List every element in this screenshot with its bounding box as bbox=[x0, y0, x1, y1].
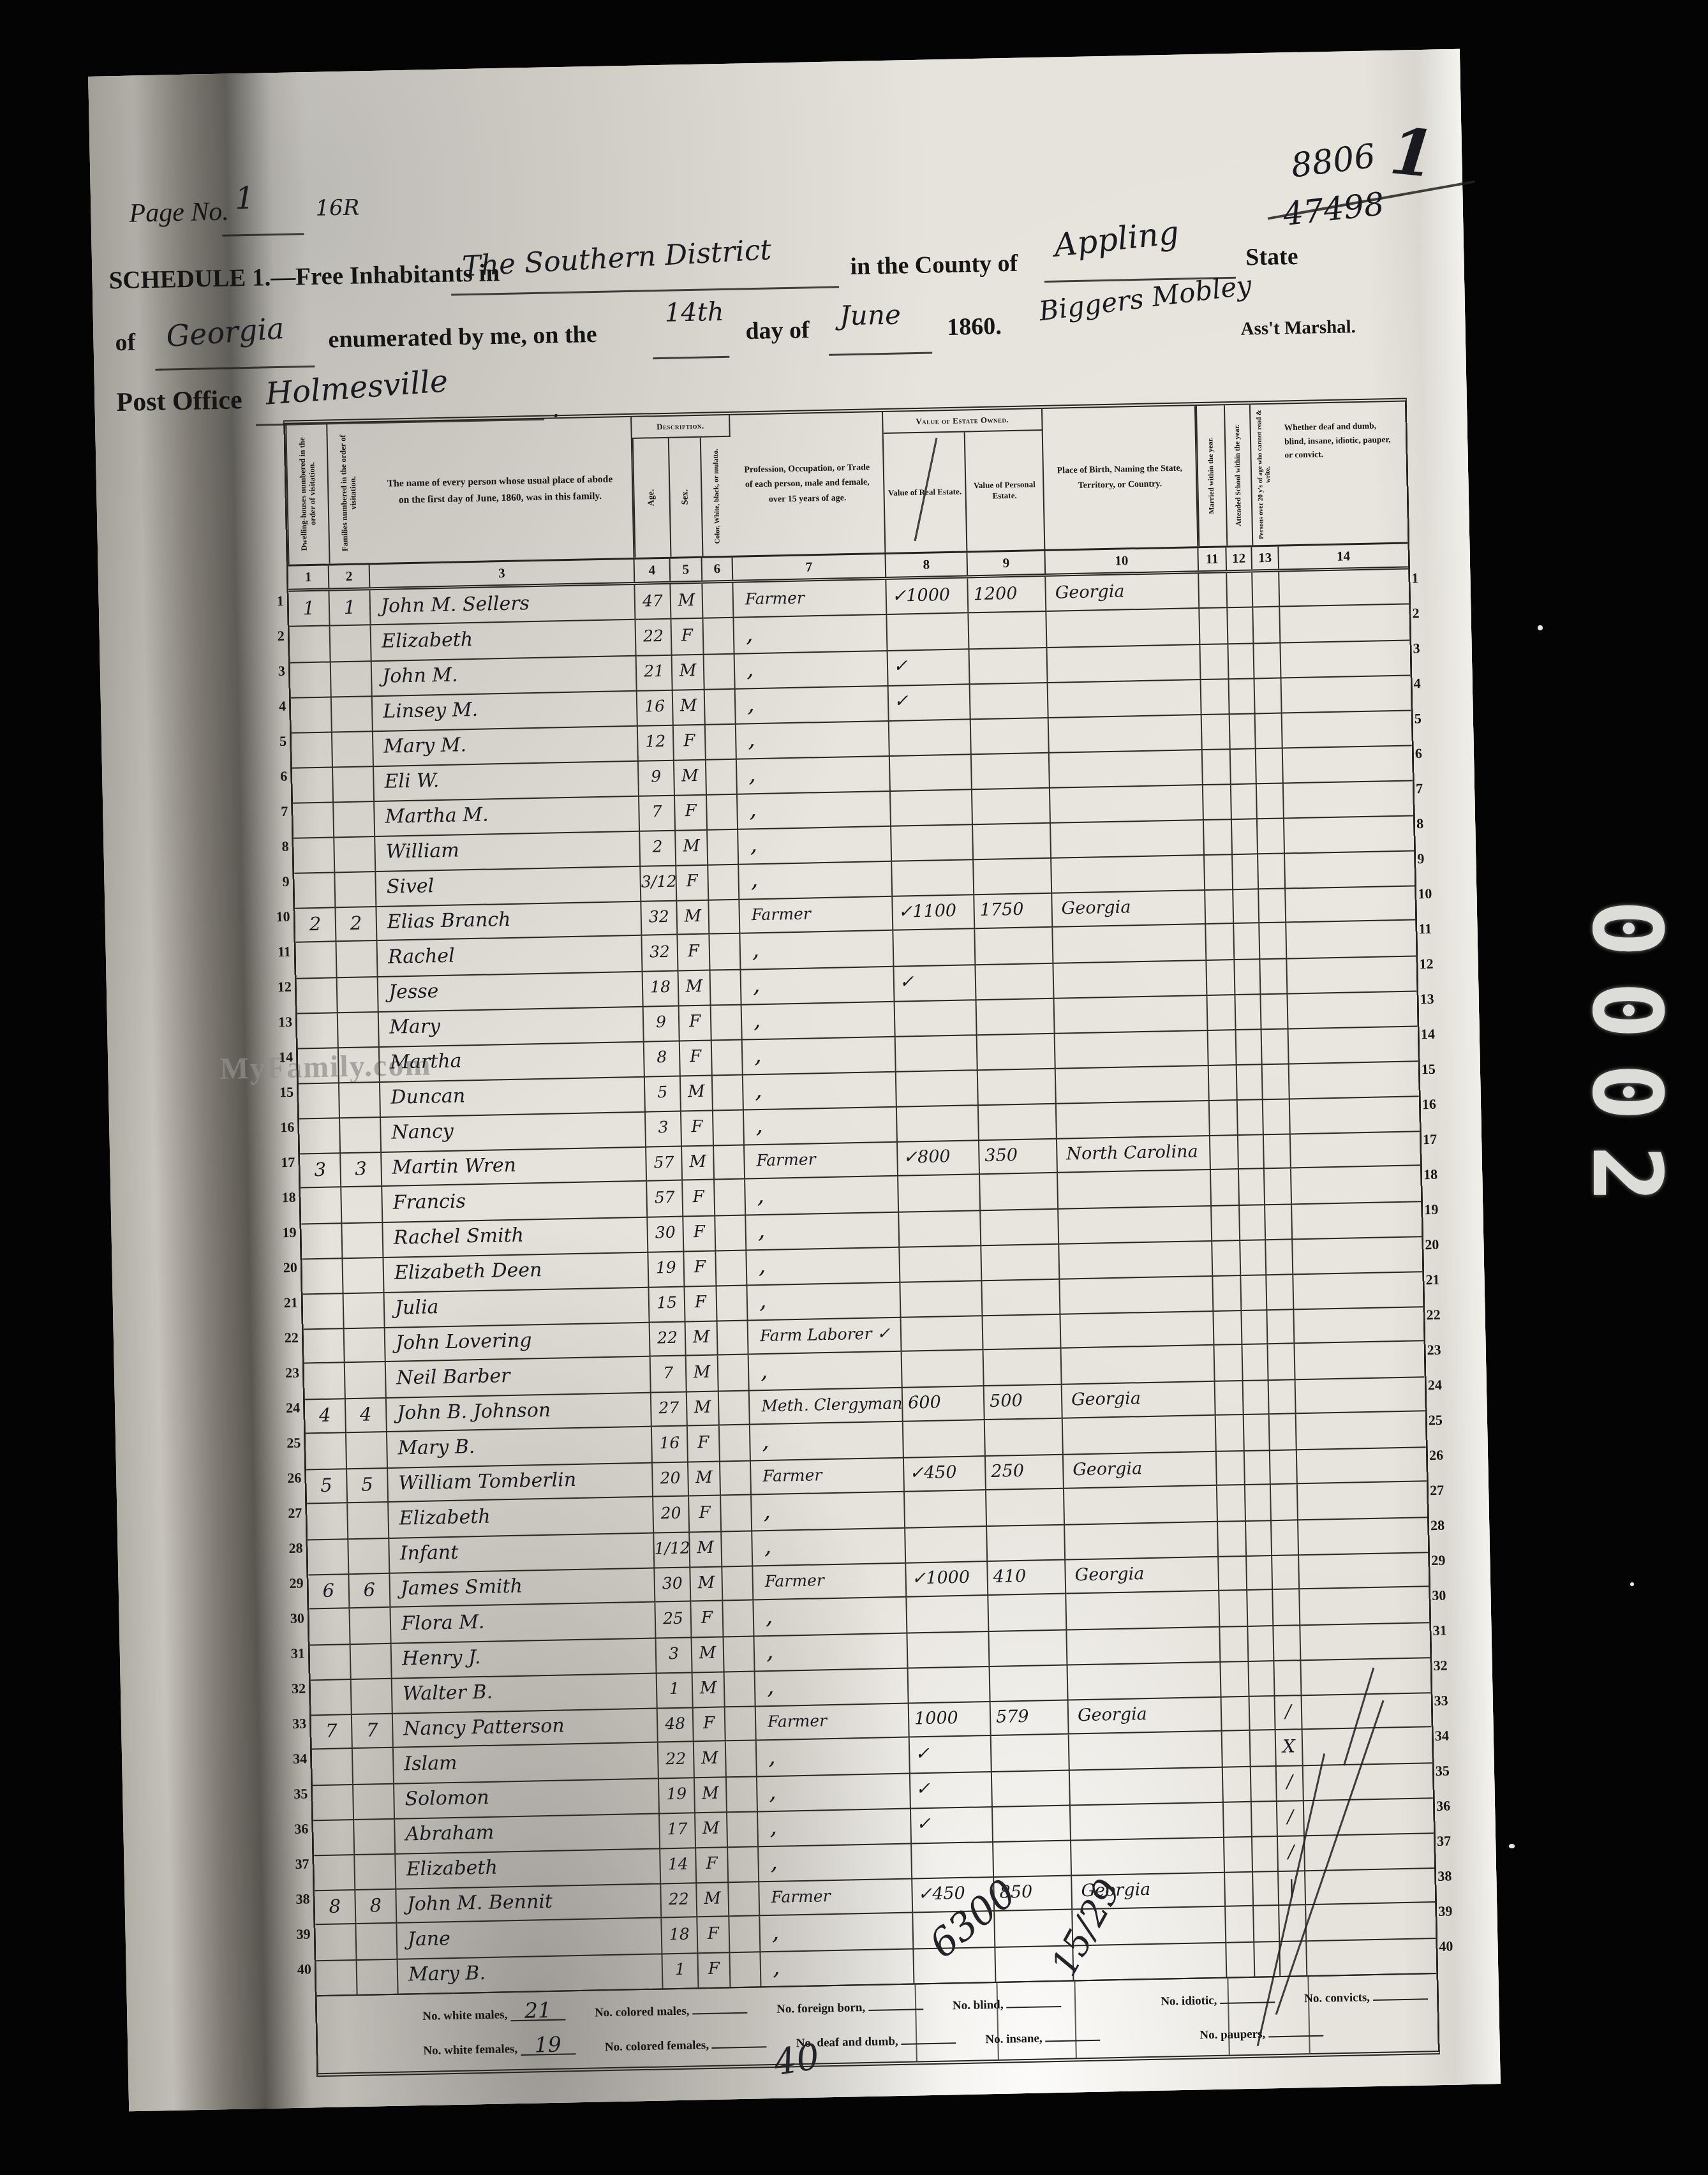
cell-real-estate bbox=[891, 824, 974, 862]
ditto-tick: , bbox=[758, 1252, 766, 1279]
cell-real-estate bbox=[900, 1245, 982, 1283]
cell-color bbox=[722, 1565, 754, 1601]
cell-sex: M bbox=[672, 654, 705, 691]
col-header-personal-estate: Value of Personal Estate. bbox=[965, 431, 1046, 551]
cell-family-number bbox=[338, 976, 379, 1013]
cell-personal-estate bbox=[972, 787, 1051, 825]
ditto-tick: , bbox=[768, 1744, 776, 1770]
cell-married bbox=[1205, 854, 1233, 891]
cell-deaf bbox=[1290, 1095, 1420, 1134]
post-office-value: Holmesville bbox=[264, 363, 449, 412]
cell-birthplace bbox=[1058, 1205, 1212, 1245]
cell-sex: F bbox=[684, 1251, 717, 1288]
cell-family-number bbox=[345, 1362, 387, 1399]
cell-dwelling-number bbox=[308, 1538, 349, 1575]
cell-deaf bbox=[1281, 674, 1411, 713]
cell-age: 21 bbox=[637, 655, 673, 692]
footer-item-label: No. convicts, bbox=[1304, 1991, 1370, 2005]
cell-deaf bbox=[1298, 1481, 1427, 1520]
row-number: 7 bbox=[260, 794, 288, 829]
cell-color bbox=[728, 1846, 759, 1883]
cell-color bbox=[718, 1320, 749, 1356]
row-number: 38 bbox=[281, 1882, 310, 1917]
cell-cannot-read: / bbox=[1277, 1800, 1305, 1837]
row-number: 11 bbox=[1418, 910, 1447, 946]
cell-married bbox=[1224, 1836, 1253, 1873]
cell-age: 19 bbox=[648, 1251, 685, 1288]
cell-birthplace bbox=[1053, 924, 1207, 964]
column-number: 13 bbox=[1252, 547, 1279, 570]
cell-deaf bbox=[1285, 850, 1415, 889]
cell-deaf bbox=[1280, 605, 1409, 644]
cell-married bbox=[1214, 1345, 1243, 1382]
cell-dwelling-number bbox=[312, 1749, 353, 1786]
cell-cannot-read bbox=[1274, 1624, 1301, 1661]
cell-birthplace bbox=[1055, 1030, 1209, 1069]
cell-color bbox=[714, 1145, 745, 1180]
cell-family-number bbox=[338, 1011, 380, 1048]
page-no-value: 1 bbox=[235, 181, 255, 217]
cell-school bbox=[1239, 1169, 1265, 1206]
cell-age: 20 bbox=[653, 1496, 690, 1533]
ditto-tick: , bbox=[772, 1954, 780, 1980]
cell-sex: F bbox=[694, 1706, 726, 1742]
col-header-profession: Profession, Occupation, or Trade of each… bbox=[730, 412, 886, 556]
ditto-tick: , bbox=[753, 972, 761, 998]
cell-married bbox=[1226, 1906, 1254, 1943]
cell-age: 32 bbox=[641, 900, 678, 936]
cell-age: 19 bbox=[659, 1777, 695, 1814]
cell-deaf bbox=[1299, 1552, 1429, 1589]
cell-personal-estate: 410 bbox=[988, 1559, 1066, 1596]
row-number: 26 bbox=[273, 1460, 302, 1496]
cell-cannot-read bbox=[1269, 1379, 1296, 1414]
cell-family-number bbox=[332, 695, 373, 732]
row-number: 20 bbox=[269, 1250, 297, 1286]
cell-deaf bbox=[1289, 1025, 1418, 1064]
cell-real-estate: ✓800 bbox=[898, 1139, 980, 1177]
ditto-tick: , bbox=[750, 831, 757, 857]
row-number: 16 bbox=[1422, 1086, 1450, 1122]
cell-birthplace bbox=[1053, 960, 1207, 999]
cell-real-estate bbox=[893, 929, 976, 967]
cell-school bbox=[1238, 1099, 1264, 1136]
county-label: in the County of bbox=[850, 249, 1018, 281]
cell-cannot-read bbox=[1256, 713, 1283, 750]
cell-cannot-read bbox=[1259, 887, 1286, 923]
col-header-cannot-read: Persons over 20 y's of age who cannot re… bbox=[1249, 405, 1279, 546]
marshal-label: Ass't Marshal. bbox=[1240, 316, 1356, 340]
footer-item-label: No. insane, bbox=[985, 2032, 1043, 2047]
ditto-tick: , bbox=[771, 1919, 779, 1945]
cell-profession: , bbox=[738, 826, 892, 865]
cell-sex: F bbox=[688, 1425, 720, 1462]
ditto-tick: , bbox=[759, 1288, 767, 1314]
footer-item-label: No. white females, bbox=[423, 2042, 517, 2058]
cell-sex: M bbox=[692, 1636, 724, 1673]
cell-real-estate bbox=[891, 789, 973, 827]
row-number: 2 bbox=[1412, 595, 1441, 631]
cell-family-number bbox=[339, 1081, 381, 1118]
cell-profession: , bbox=[738, 791, 891, 830]
row-number: 25 bbox=[1428, 1402, 1457, 1437]
cell-family-number bbox=[354, 1818, 396, 1855]
cell-profession: , bbox=[754, 1633, 908, 1672]
cell-married bbox=[1220, 1626, 1249, 1663]
cell-name: John M. Sellers bbox=[370, 585, 635, 625]
cell-family-number bbox=[330, 625, 372, 662]
cell-school bbox=[1227, 572, 1253, 608]
cell-color bbox=[709, 934, 741, 971]
cell-family-number: 4 bbox=[346, 1397, 387, 1433]
row-number: 9 bbox=[261, 864, 290, 900]
ditto-tick: , bbox=[746, 656, 754, 682]
cell-sex: F bbox=[671, 619, 704, 656]
cell-cannot-read bbox=[1274, 1659, 1302, 1696]
cell-cannot-read bbox=[1266, 1238, 1293, 1275]
col-header-married: Married within the year. bbox=[1196, 405, 1226, 546]
cell-cannot-read bbox=[1256, 748, 1284, 785]
cell-birthplace bbox=[1050, 749, 1203, 789]
cell-age: 22 bbox=[650, 1321, 687, 1356]
cell-color bbox=[708, 864, 739, 901]
cell-color bbox=[722, 1530, 753, 1567]
day-value: 14th bbox=[664, 297, 724, 328]
cell-school bbox=[1251, 1730, 1277, 1767]
cell-cannot-read bbox=[1271, 1484, 1298, 1521]
row-number: 12 bbox=[263, 969, 292, 1005]
cell-sex: F bbox=[675, 794, 708, 831]
cell-color bbox=[715, 1215, 746, 1252]
cell-cannot-read bbox=[1268, 1344, 1295, 1381]
cell-school bbox=[1245, 1450, 1271, 1485]
cell-real-estate: ✓ bbox=[889, 683, 971, 722]
row-number: 9 bbox=[1417, 840, 1446, 876]
cell-school bbox=[1240, 1239, 1266, 1276]
cell-dwelling-number bbox=[304, 1363, 346, 1400]
cell-family-number bbox=[348, 1538, 390, 1575]
cell-school bbox=[1231, 748, 1257, 785]
cell-profession: , bbox=[761, 1949, 914, 1988]
cell-age: 1 bbox=[657, 1672, 694, 1709]
cell-school bbox=[1250, 1695, 1276, 1731]
cell-sex: M bbox=[677, 900, 709, 935]
cell-family-number bbox=[333, 766, 375, 803]
cell-school bbox=[1234, 923, 1260, 960]
cell-cannot-read bbox=[1258, 818, 1285, 855]
cell-sex: M bbox=[687, 1390, 720, 1426]
cell-married bbox=[1213, 1275, 1242, 1312]
cell-school bbox=[1253, 1871, 1279, 1906]
cell-sex: F bbox=[681, 1110, 714, 1147]
cell-school bbox=[1248, 1625, 1274, 1662]
cell-real-estate bbox=[889, 718, 972, 757]
state-value: Georgia bbox=[165, 311, 286, 353]
cell-real-estate bbox=[897, 1104, 979, 1143]
cell-real-estate bbox=[907, 1631, 990, 1669]
cell-birthplace bbox=[1060, 1275, 1214, 1315]
row-number: 18 bbox=[1423, 1156, 1452, 1192]
cell-age: 16 bbox=[652, 1426, 688, 1463]
cell-cannot-read bbox=[1259, 923, 1287, 960]
cell-profession: Farmer bbox=[753, 1563, 907, 1601]
footer-item: No. colored males, bbox=[595, 1997, 748, 2021]
cell-married bbox=[1201, 678, 1230, 715]
cell-cannot-read bbox=[1260, 958, 1288, 995]
ditto-tick: , bbox=[757, 1217, 765, 1243]
cell-married bbox=[1217, 1485, 1246, 1522]
cell-color bbox=[727, 1811, 759, 1848]
cell-color bbox=[717, 1285, 748, 1322]
footer-item-value: 21 bbox=[510, 2004, 566, 2022]
ditto-tick: , bbox=[766, 1638, 774, 1665]
row-number: 26 bbox=[1429, 1437, 1457, 1473]
ditto-tick: , bbox=[748, 726, 755, 752]
cell-school bbox=[1254, 1906, 1280, 1943]
cell-personal-estate bbox=[976, 963, 1054, 1000]
cell-sex: F bbox=[698, 1952, 731, 1989]
year-label: 1860. bbox=[947, 312, 1002, 341]
cell-dwelling-number: 8 bbox=[315, 1889, 356, 1925]
cell-sex: M bbox=[681, 1075, 713, 1112]
cell-name: John M. Bennit bbox=[396, 1883, 662, 1923]
cell-profession: , bbox=[735, 650, 889, 690]
cell-sex: M bbox=[690, 1531, 722, 1568]
cell-dwelling-number bbox=[293, 801, 334, 838]
footer-item-value bbox=[901, 2027, 956, 2045]
cell-deaf bbox=[1302, 1692, 1431, 1730]
row-number: 37 bbox=[281, 1846, 309, 1882]
cell-color bbox=[724, 1635, 755, 1672]
cell-age: 30 bbox=[648, 1216, 684, 1253]
cell-dwelling-number: 7 bbox=[311, 1714, 353, 1749]
cell-profession: Farmer bbox=[756, 1703, 910, 1741]
ditto-tick: , bbox=[762, 1428, 769, 1454]
cell-school bbox=[1240, 1204, 1266, 1241]
cell-deaf bbox=[1293, 1271, 1423, 1310]
cell-family-number bbox=[331, 660, 373, 697]
cell-birthplace bbox=[1071, 1837, 1225, 1876]
row-number: 3 bbox=[1413, 630, 1441, 666]
film-speck bbox=[1538, 625, 1543, 630]
cell-married bbox=[1207, 994, 1236, 1031]
cell-school bbox=[1249, 1660, 1275, 1697]
cell-birthplace bbox=[1060, 1310, 1214, 1349]
cell-dwelling-number: 1 bbox=[288, 591, 330, 627]
cell-color bbox=[716, 1250, 747, 1287]
cell-profession: Meth. Clergyman bbox=[750, 1387, 903, 1425]
cell-profession: , bbox=[736, 685, 889, 725]
cell-school bbox=[1228, 642, 1254, 679]
cell-real-estate bbox=[896, 1069, 979, 1108]
cell-married bbox=[1207, 959, 1235, 996]
cell-dwelling-number bbox=[302, 1258, 343, 1295]
cell-married bbox=[1209, 1064, 1238, 1101]
cell-real-estate: ✓450 bbox=[904, 1455, 986, 1492]
cell-family-number bbox=[355, 1853, 396, 1890]
cell-married bbox=[1217, 1450, 1245, 1486]
cell-birthplace bbox=[1050, 784, 1204, 824]
cell-age: 9 bbox=[639, 760, 675, 797]
column-number: 7 bbox=[733, 554, 887, 580]
cell-personal-estate bbox=[990, 1665, 1068, 1702]
cell-profession: , bbox=[739, 861, 893, 900]
cell-birthplace bbox=[1069, 1732, 1223, 1771]
cell-sex: F bbox=[696, 1846, 729, 1883]
cell-profession: , bbox=[740, 931, 894, 970]
cell-age: 18 bbox=[643, 970, 679, 1007]
col-header-birthplace: Place of Birth, Naming the State, Territ… bbox=[1043, 406, 1198, 549]
col-header-sex: Sex. bbox=[668, 438, 702, 557]
cell-dwelling-number bbox=[301, 1222, 343, 1259]
row-number: 19 bbox=[268, 1215, 297, 1251]
table-header: Dwelling-houses numbered in the order of… bbox=[285, 402, 1407, 567]
row-number: 33 bbox=[1434, 1682, 1462, 1718]
row-number: 13 bbox=[1420, 981, 1448, 1016]
ditto-tick: , bbox=[749, 796, 757, 822]
cell-age: 12 bbox=[638, 725, 674, 762]
row-number: 24 bbox=[1427, 1367, 1456, 1402]
ditto-tick: , bbox=[752, 937, 759, 963]
cell-married bbox=[1215, 1380, 1244, 1416]
cell-deaf bbox=[1281, 640, 1410, 679]
cell-married bbox=[1221, 1661, 1249, 1698]
cell-color bbox=[702, 583, 734, 619]
cell-birthplace: Georgia bbox=[1052, 889, 1206, 928]
page-no-underline bbox=[222, 233, 304, 237]
cell-color bbox=[708, 829, 739, 866]
cell-married bbox=[1210, 1134, 1239, 1170]
cell-dwelling-number bbox=[315, 1924, 357, 1961]
row-number: 27 bbox=[274, 1496, 302, 1531]
cell-family-number bbox=[343, 1257, 384, 1294]
cell-real-estate bbox=[903, 1420, 986, 1459]
footer-item: No. convicts, bbox=[1304, 1983, 1428, 2006]
cell-family-number: 5 bbox=[347, 1467, 389, 1503]
stamp-top: 8806 bbox=[1289, 137, 1378, 186]
row-number: 13 bbox=[264, 1004, 292, 1040]
cell-personal-estate bbox=[981, 1243, 1060, 1281]
cell-deaf bbox=[1300, 1622, 1430, 1661]
cell-sex: M bbox=[671, 584, 703, 620]
cell-deaf bbox=[1296, 1376, 1425, 1414]
cell-married bbox=[1203, 748, 1231, 785]
row-number: 22 bbox=[270, 1320, 299, 1356]
row-number: 28 bbox=[274, 1531, 303, 1566]
cell-family-number bbox=[357, 1959, 399, 1996]
cell-personal-estate: 1200 bbox=[968, 577, 1046, 613]
row-number: 15 bbox=[1421, 1051, 1450, 1087]
district-underline bbox=[451, 286, 839, 295]
cell-age: 17 bbox=[660, 1812, 696, 1849]
cell-personal-estate bbox=[969, 647, 1048, 685]
cell-married bbox=[1223, 1766, 1252, 1803]
cell-color bbox=[719, 1390, 750, 1426]
row-number: 30 bbox=[276, 1601, 304, 1637]
cell-color bbox=[723, 1600, 754, 1637]
film-speck bbox=[1630, 1582, 1634, 1586]
cell-sex: M bbox=[688, 1460, 721, 1496]
footer-item: No. colored females, bbox=[604, 2031, 767, 2054]
cell-profession: , bbox=[755, 1668, 909, 1707]
cell-name: Martin Wren bbox=[382, 1147, 647, 1187]
row-number: 2 bbox=[256, 618, 285, 654]
cell-age: 22 bbox=[658, 1742, 695, 1779]
row-number: 34 bbox=[1434, 1718, 1463, 1753]
cell-school bbox=[1241, 1274, 1267, 1311]
cell-sex: M bbox=[695, 1811, 728, 1848]
row-number: 24 bbox=[272, 1390, 301, 1426]
row-number: 36 bbox=[1436, 1788, 1464, 1823]
cell-family-number: 6 bbox=[349, 1573, 390, 1608]
row-number: 32 bbox=[1433, 1647, 1462, 1683]
cell-school bbox=[1238, 1134, 1265, 1169]
cell-personal-estate bbox=[975, 928, 1053, 965]
cell-sex: M bbox=[690, 1566, 723, 1601]
cell-color bbox=[709, 899, 740, 935]
county-value: Appling bbox=[1052, 214, 1180, 264]
cell-personal-estate bbox=[983, 1314, 1061, 1350]
footer-item: No. foreign born, bbox=[776, 1993, 923, 2017]
cell-profession: Farmer bbox=[745, 1141, 898, 1180]
census-table: Dwelling-houses numbered in the order of… bbox=[283, 398, 1440, 2077]
row-number: 18 bbox=[267, 1180, 296, 1215]
cell-profession: , bbox=[742, 1001, 896, 1041]
cell-age: 47 bbox=[635, 584, 671, 620]
cell-personal-estate bbox=[977, 998, 1055, 1036]
cell-personal-estate bbox=[982, 1279, 1060, 1316]
row-number: 5 bbox=[258, 724, 287, 759]
cell-school bbox=[1232, 818, 1258, 855]
row-number: 21 bbox=[269, 1285, 298, 1321]
cell-color bbox=[703, 618, 734, 655]
cell-married bbox=[1210, 1099, 1238, 1136]
cell-dwelling-number bbox=[311, 1679, 352, 1716]
cell-profession: Farmer bbox=[751, 1457, 905, 1496]
cell-birthplace bbox=[1049, 714, 1203, 753]
post-office-label: Post Office bbox=[116, 385, 242, 418]
cell-birthplace bbox=[1070, 1767, 1224, 1806]
cell-cannot-read bbox=[1261, 993, 1288, 1030]
cell-age: 8 bbox=[644, 1041, 681, 1078]
ditto-tick: , bbox=[763, 1498, 771, 1524]
cell-cannot-read bbox=[1252, 572, 1280, 608]
cell-dwelling-number bbox=[294, 872, 336, 909]
cell-sex: M bbox=[686, 1320, 718, 1356]
group-header-value: Value of Estate Owned. bbox=[883, 409, 1043, 434]
cell-profession: , bbox=[757, 1773, 911, 1813]
row-number: 12 bbox=[1419, 946, 1448, 981]
cell-cannot-read bbox=[1258, 852, 1286, 889]
cell-age: 9 bbox=[644, 1006, 680, 1043]
cell-married bbox=[1211, 1169, 1240, 1206]
row-number: 10 bbox=[262, 899, 290, 935]
footer-item-value bbox=[711, 2031, 767, 2049]
cell-personal-estate bbox=[971, 717, 1050, 755]
cell-personal-estate: 250 bbox=[986, 1454, 1064, 1490]
cell-family-number bbox=[353, 1748, 394, 1785]
cell-sex: F bbox=[685, 1286, 717, 1323]
cell-married bbox=[1219, 1555, 1247, 1591]
cell-dwelling-number bbox=[293, 836, 335, 873]
cell-birthplace bbox=[1048, 679, 1202, 718]
cell-profession: , bbox=[760, 1913, 914, 1953]
cell-school bbox=[1231, 783, 1258, 820]
cell-dwelling-number bbox=[299, 1117, 341, 1154]
cell-birthplace bbox=[1059, 1240, 1213, 1280]
cell-cannot-read bbox=[1273, 1589, 1300, 1626]
cell-real-estate: ✓1000 bbox=[906, 1561, 988, 1598]
